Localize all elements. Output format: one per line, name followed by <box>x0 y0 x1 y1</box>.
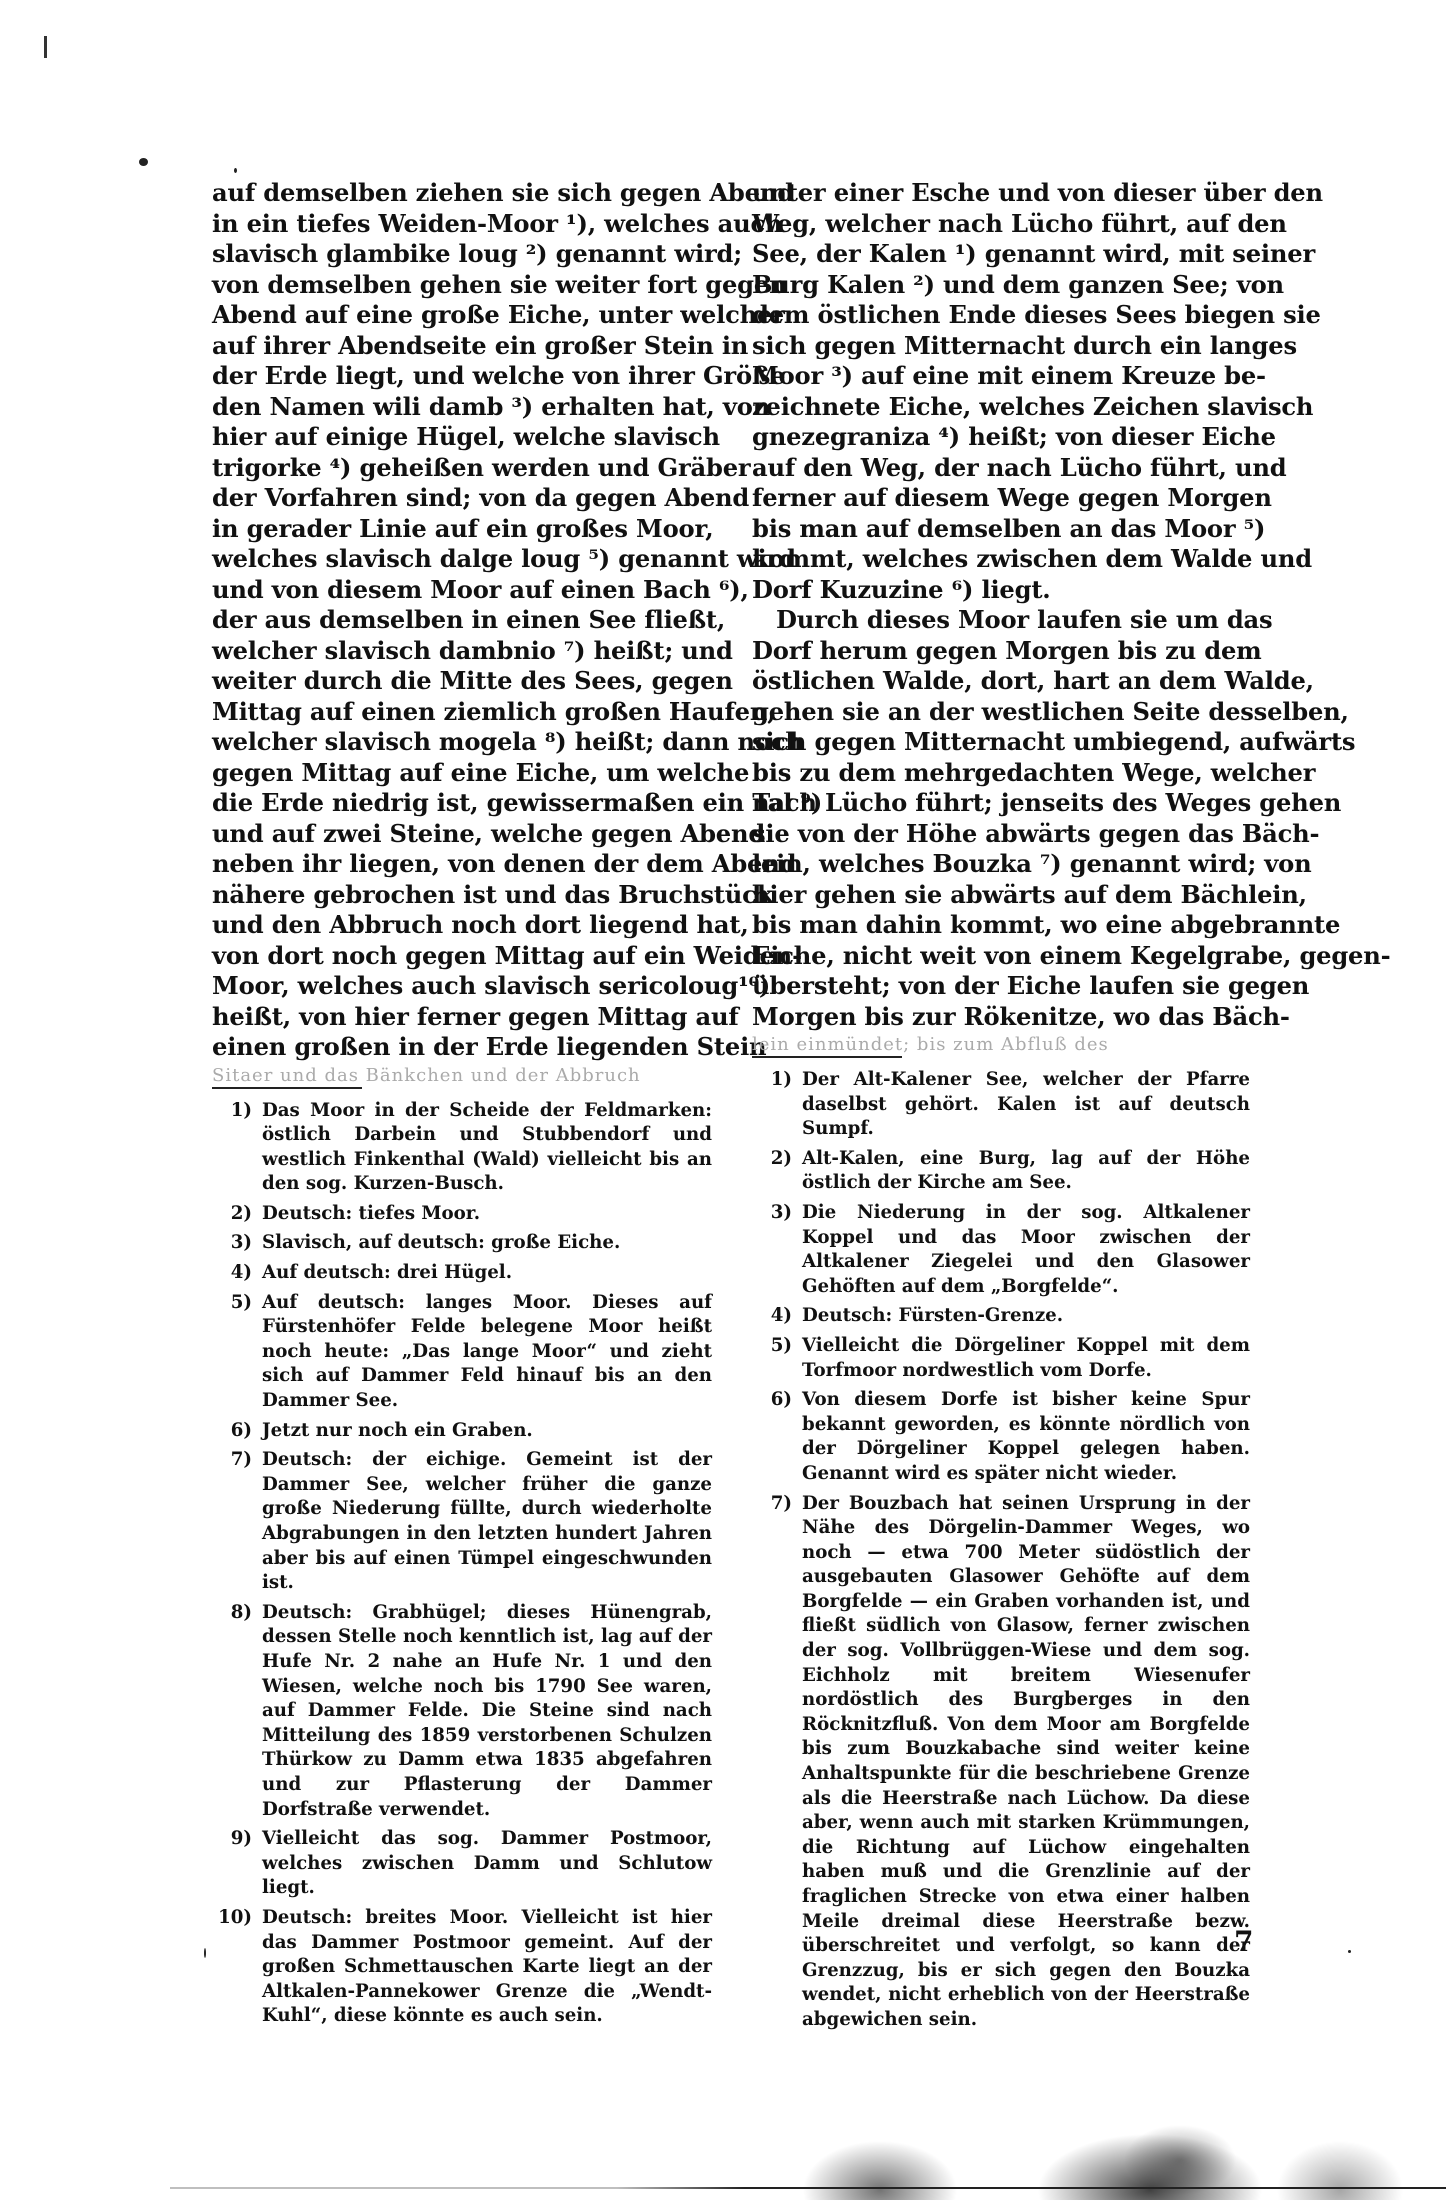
scan-noise-band <box>0 2040 1446 2200</box>
text-line: Morgen bis zur Rökenitze, wo das Bäch- <box>752 1002 1250 1033</box>
left-footnotes: 1)Das Moor in der Scheide der Feldmarken… <box>212 1099 712 2029</box>
text-line: in ein tiefes Weiden-Moor ¹), welches au… <box>212 209 712 240</box>
footnote-number: 3) <box>752 1201 802 1299</box>
text-line: heißt, von hier ferner gegen Mittag auf <box>212 1002 712 1033</box>
text-line: den Namen wili damb ³) erhalten hat, von <box>212 392 712 423</box>
footnote-number: 2) <box>752 1147 802 1196</box>
text-line: auf ihrer Abendseite ein großer Stein in <box>212 331 712 362</box>
text-line: hier auf einige Hügel, welche slavisch <box>212 422 712 453</box>
footnote-number: 4) <box>212 1261 262 1286</box>
text-line: einen großen in der Erde liegenden Stein <box>212 1032 712 1063</box>
text-line: der Vorfahren sind; von da gegen Abend <box>212 483 712 514</box>
text-line: Moor, welches auch slavisch sericoloug¹⁰… <box>212 971 712 1002</box>
footnote: 5)Vielleicht die Dörgeliner Koppel mit d… <box>752 1334 1250 1383</box>
text-line: auf den Weg, der nach Lücho führt, und <box>752 453 1250 484</box>
text-line: bis zu dem mehrgedachten Wege, welcher <box>752 758 1250 789</box>
text-line: welcher slavisch mogela ⁸) heißt; dann n… <box>212 727 712 758</box>
footnote-number: 7) <box>752 1492 802 2033</box>
text-line: sich gegen Mitternacht durch ein langes <box>752 331 1250 362</box>
footnote: 6)Von diesem Dorfe ist bisher keine Spur… <box>752 1388 1250 1486</box>
show-through-text: Sitaer und das Bänkchen und der Abbruch <box>212 1065 712 1087</box>
footnote-separator <box>212 1087 362 1089</box>
text-line: der Erde liegt, und welche von ihrer Grö… <box>212 361 712 392</box>
text-line: Eiche, nicht weit von einem Kegelgrabe, … <box>752 941 1250 972</box>
footnote-text: Deutsch: Grabhügel; dieses Hünengrab, de… <box>262 1601 712 1822</box>
text-line: lein, welches Bouzka ⁷) genannt wird; vo… <box>752 849 1250 880</box>
show-through-text: lein einmündet; bis zum Abfluß des <box>752 1034 1250 1056</box>
text-line: gegen Mittag auf eine Eiche, um welche <box>212 758 712 789</box>
footnote: 6)Jetzt nur noch ein Graben. <box>212 1419 712 1444</box>
footnote-text: Vielleicht das sog. Dammer Postmoor, wel… <box>262 1827 712 1901</box>
text-line: und von diesem Moor auf einen Bach ⁶), <box>212 575 712 606</box>
footnote-text: Deutsch: Fürsten-Grenze. <box>802 1304 1250 1329</box>
footnote-text: Auf deutsch: langes Moor. Dieses auf Für… <box>262 1291 712 1414</box>
footnote: 2)Deutsch: tiefes Moor. <box>212 1202 712 1227</box>
footnote-number: 7) <box>212 1448 262 1596</box>
text-line: ferner auf diesem Wege gegen Morgen <box>752 483 1250 514</box>
left-body-text: auf demselben ziehen sie sich gegen Aben… <box>212 178 712 1063</box>
footnote-number: 1) <box>752 1068 802 1142</box>
text-line: zeichnete Eiche, welches Zeichen slavisc… <box>752 392 1250 423</box>
text-line: Abend auf eine große Eiche, unter welche… <box>212 300 712 331</box>
text-line: dem östlichen Ende dieses Sees biegen si… <box>752 300 1250 331</box>
footnote: 4)Auf deutsch: drei Hügel. <box>212 1261 712 1286</box>
footnote-text: Auf deutsch: drei Hügel. <box>262 1261 712 1286</box>
footnote-text: Deutsch: breites Moor. Vielleicht ist hi… <box>262 1906 712 2029</box>
text-line: bis man dahin kommt, wo eine abgebrannte <box>752 910 1250 941</box>
text-line: übersteht; von der Eiche laufen sie gege… <box>752 971 1250 1002</box>
scan-speck <box>1348 1950 1351 1953</box>
text-line: See, der Kalen ¹) genannt wird, mit sein… <box>752 239 1250 270</box>
text-line: slavisch glambike loug ²) genannt wird; <box>212 239 712 270</box>
footnote: 10)Deutsch: breites Moor. Vielleicht ist… <box>212 1906 712 2029</box>
text-line: in gerader Linie auf ein großes Moor, <box>212 514 712 545</box>
footnote-separator <box>752 1056 902 1058</box>
right-body-text: unter einer Esche und von dieser über de… <box>752 178 1250 1032</box>
text-line: gehen sie an der westlichen Seite dessel… <box>752 697 1250 728</box>
footnote: 7)Deutsch: der eichige. Gemeint ist der … <box>212 1448 712 1596</box>
footnote-text: Der Bouzbach hat seinen Ursprung in der … <box>802 1492 1250 2033</box>
footnote-number: 5) <box>752 1334 802 1383</box>
text-line: neben ihr liegen, von denen der dem Aben… <box>212 849 712 880</box>
text-line: von dort noch gegen Mittag auf ein Weide… <box>212 941 712 972</box>
text-line: Mittag auf einen ziemlich großen Haufen, <box>212 697 712 728</box>
text-line: welches slavisch dalge loug ⁵) genannt w… <box>212 544 712 575</box>
footnote: 3)Slavisch, auf deutsch: große Eiche. <box>212 1231 712 1256</box>
text-line: nähere gebrochen ist und das Bruchstück <box>212 880 712 911</box>
text-line: kommt, welches zwischen dem Walde und <box>752 544 1250 575</box>
text-line: östlichen Walde, dort, hart an dem Walde… <box>752 666 1250 697</box>
footnote-text: Jetzt nur noch ein Graben. <box>262 1419 712 1444</box>
page-number: 7 <box>1234 1925 1253 1958</box>
footnote-number: 3) <box>212 1231 262 1256</box>
text-line: trigorke ⁴) geheißen werden und Gräber <box>212 453 712 484</box>
text-line: Weg, welcher nach Lücho führt, auf den <box>752 209 1250 240</box>
text-line: sich gegen Mitternacht umbiegend, aufwär… <box>752 727 1250 758</box>
footnote: 9)Vielleicht das sog. Dammer Postmoor, w… <box>212 1827 712 1901</box>
right-footnotes: 1)Der Alt-Kalener See, welcher der Pfarr… <box>752 1068 1250 2033</box>
footnote-text: Der Alt-Kalener See, welcher der Pfarre … <box>802 1068 1250 1142</box>
footnote: 2)Alt-Kalen, eine Burg, lag auf der Höhe… <box>752 1147 1250 1196</box>
text-line: unter einer Esche und von dieser über de… <box>752 178 1250 209</box>
text-line: Durch dieses Moor laufen sie um das <box>752 605 1250 636</box>
text-line: hier gehen sie abwärts auf dem Bächlein, <box>752 880 1250 911</box>
text-line: von demselben gehen sie weiter fort gege… <box>212 270 712 301</box>
text-line: Dorf Kuzuzine ⁶) liegt. <box>752 575 1250 606</box>
footnote-text: Deutsch: der eichige. Gemeint ist der Da… <box>262 1448 712 1596</box>
text-line: und den Abbruch noch dort liegend hat, <box>212 910 712 941</box>
footnote-text: Vielleicht die Dörgeliner Koppel mit dem… <box>802 1334 1250 1383</box>
footnote-text: Deutsch: tiefes Moor. <box>262 1202 712 1227</box>
footnote-number: 9) <box>212 1827 262 1901</box>
footnote-text: Die Niederung in der sog. Altkalener Kop… <box>802 1201 1250 1299</box>
footnote: 4)Deutsch: Fürsten-Grenze. <box>752 1304 1250 1329</box>
text-line: Burg Kalen ²) und dem ganzen See; von <box>752 270 1250 301</box>
text-line: die Erde niedrig ist, gewissermaßen ein … <box>212 788 712 819</box>
scan-margin-mark <box>44 36 47 58</box>
text-line: gnezegraniza ⁴) heißt; von dieser Eiche <box>752 422 1250 453</box>
text-line: sie von der Höhe abwärts gegen das Bäch- <box>752 819 1250 850</box>
footnote-number: 2) <box>212 1202 262 1227</box>
footnote-number: 4) <box>752 1304 802 1329</box>
text-line: auf demselben ziehen sie sich gegen Aben… <box>212 178 712 209</box>
text-line: bis man auf demselben an das Moor ⁵) <box>752 514 1250 545</box>
text-line: Moor ³) auf eine mit einem Kreuze be- <box>752 361 1250 392</box>
scan-speck <box>204 1948 206 1958</box>
footnote: 1)Das Moor in der Scheide der Feldmarken… <box>212 1099 712 1197</box>
footnote-number: 5) <box>212 1291 262 1414</box>
footnote-text: Alt-Kalen, eine Burg, lag auf der Höhe ö… <box>802 1147 1250 1196</box>
text-line: und auf zwei Steine, welche gegen Abend <box>212 819 712 850</box>
text-line: welcher slavisch dambnio ⁷) heißt; und <box>212 636 712 667</box>
text-line: nach Lücho führt; jenseits des Weges geh… <box>752 788 1250 819</box>
footnote-text: Von diesem Dorfe ist bisher keine Spur b… <box>802 1388 1250 1486</box>
footnote-number: 10) <box>212 1906 262 2029</box>
footnote-number: 6) <box>212 1419 262 1444</box>
footnote: 3)Die Niederung in der sog. Altkalener K… <box>752 1201 1250 1299</box>
footnote: 1)Der Alt-Kalener See, welcher der Pfarr… <box>752 1068 1250 1142</box>
footnote-number: 6) <box>752 1388 802 1486</box>
footnote: 8)Deutsch: Grabhügel; dieses Hünengrab, … <box>212 1601 712 1822</box>
footnote: 7)Der Bouzbach hat seinen Ursprung in de… <box>752 1492 1250 2033</box>
left-column: auf demselben ziehen sie sich gegen Aben… <box>212 178 712 2034</box>
footnote: 5)Auf deutsch: langes Moor. Dieses auf F… <box>212 1291 712 1414</box>
footnote-text: Das Moor in der Scheide der Feldmarken: … <box>262 1099 712 1197</box>
scan-speck <box>139 158 148 166</box>
text-line: Dorf herum gegen Morgen bis zu dem <box>752 636 1250 667</box>
text-line: der aus demselben in einen See fließt, <box>212 605 712 636</box>
footnote-number: 1) <box>212 1099 262 1197</box>
scan-speck <box>234 168 237 173</box>
right-column: unter einer Esche und von dieser über de… <box>752 178 1250 2038</box>
footnote-text: Slavisch, auf deutsch: große Eiche. <box>262 1231 712 1256</box>
footnote-number: 8) <box>212 1601 262 1822</box>
text-line: weiter durch die Mitte des Sees, gegen <box>212 666 712 697</box>
scan-edge-line <box>170 2187 1446 2189</box>
